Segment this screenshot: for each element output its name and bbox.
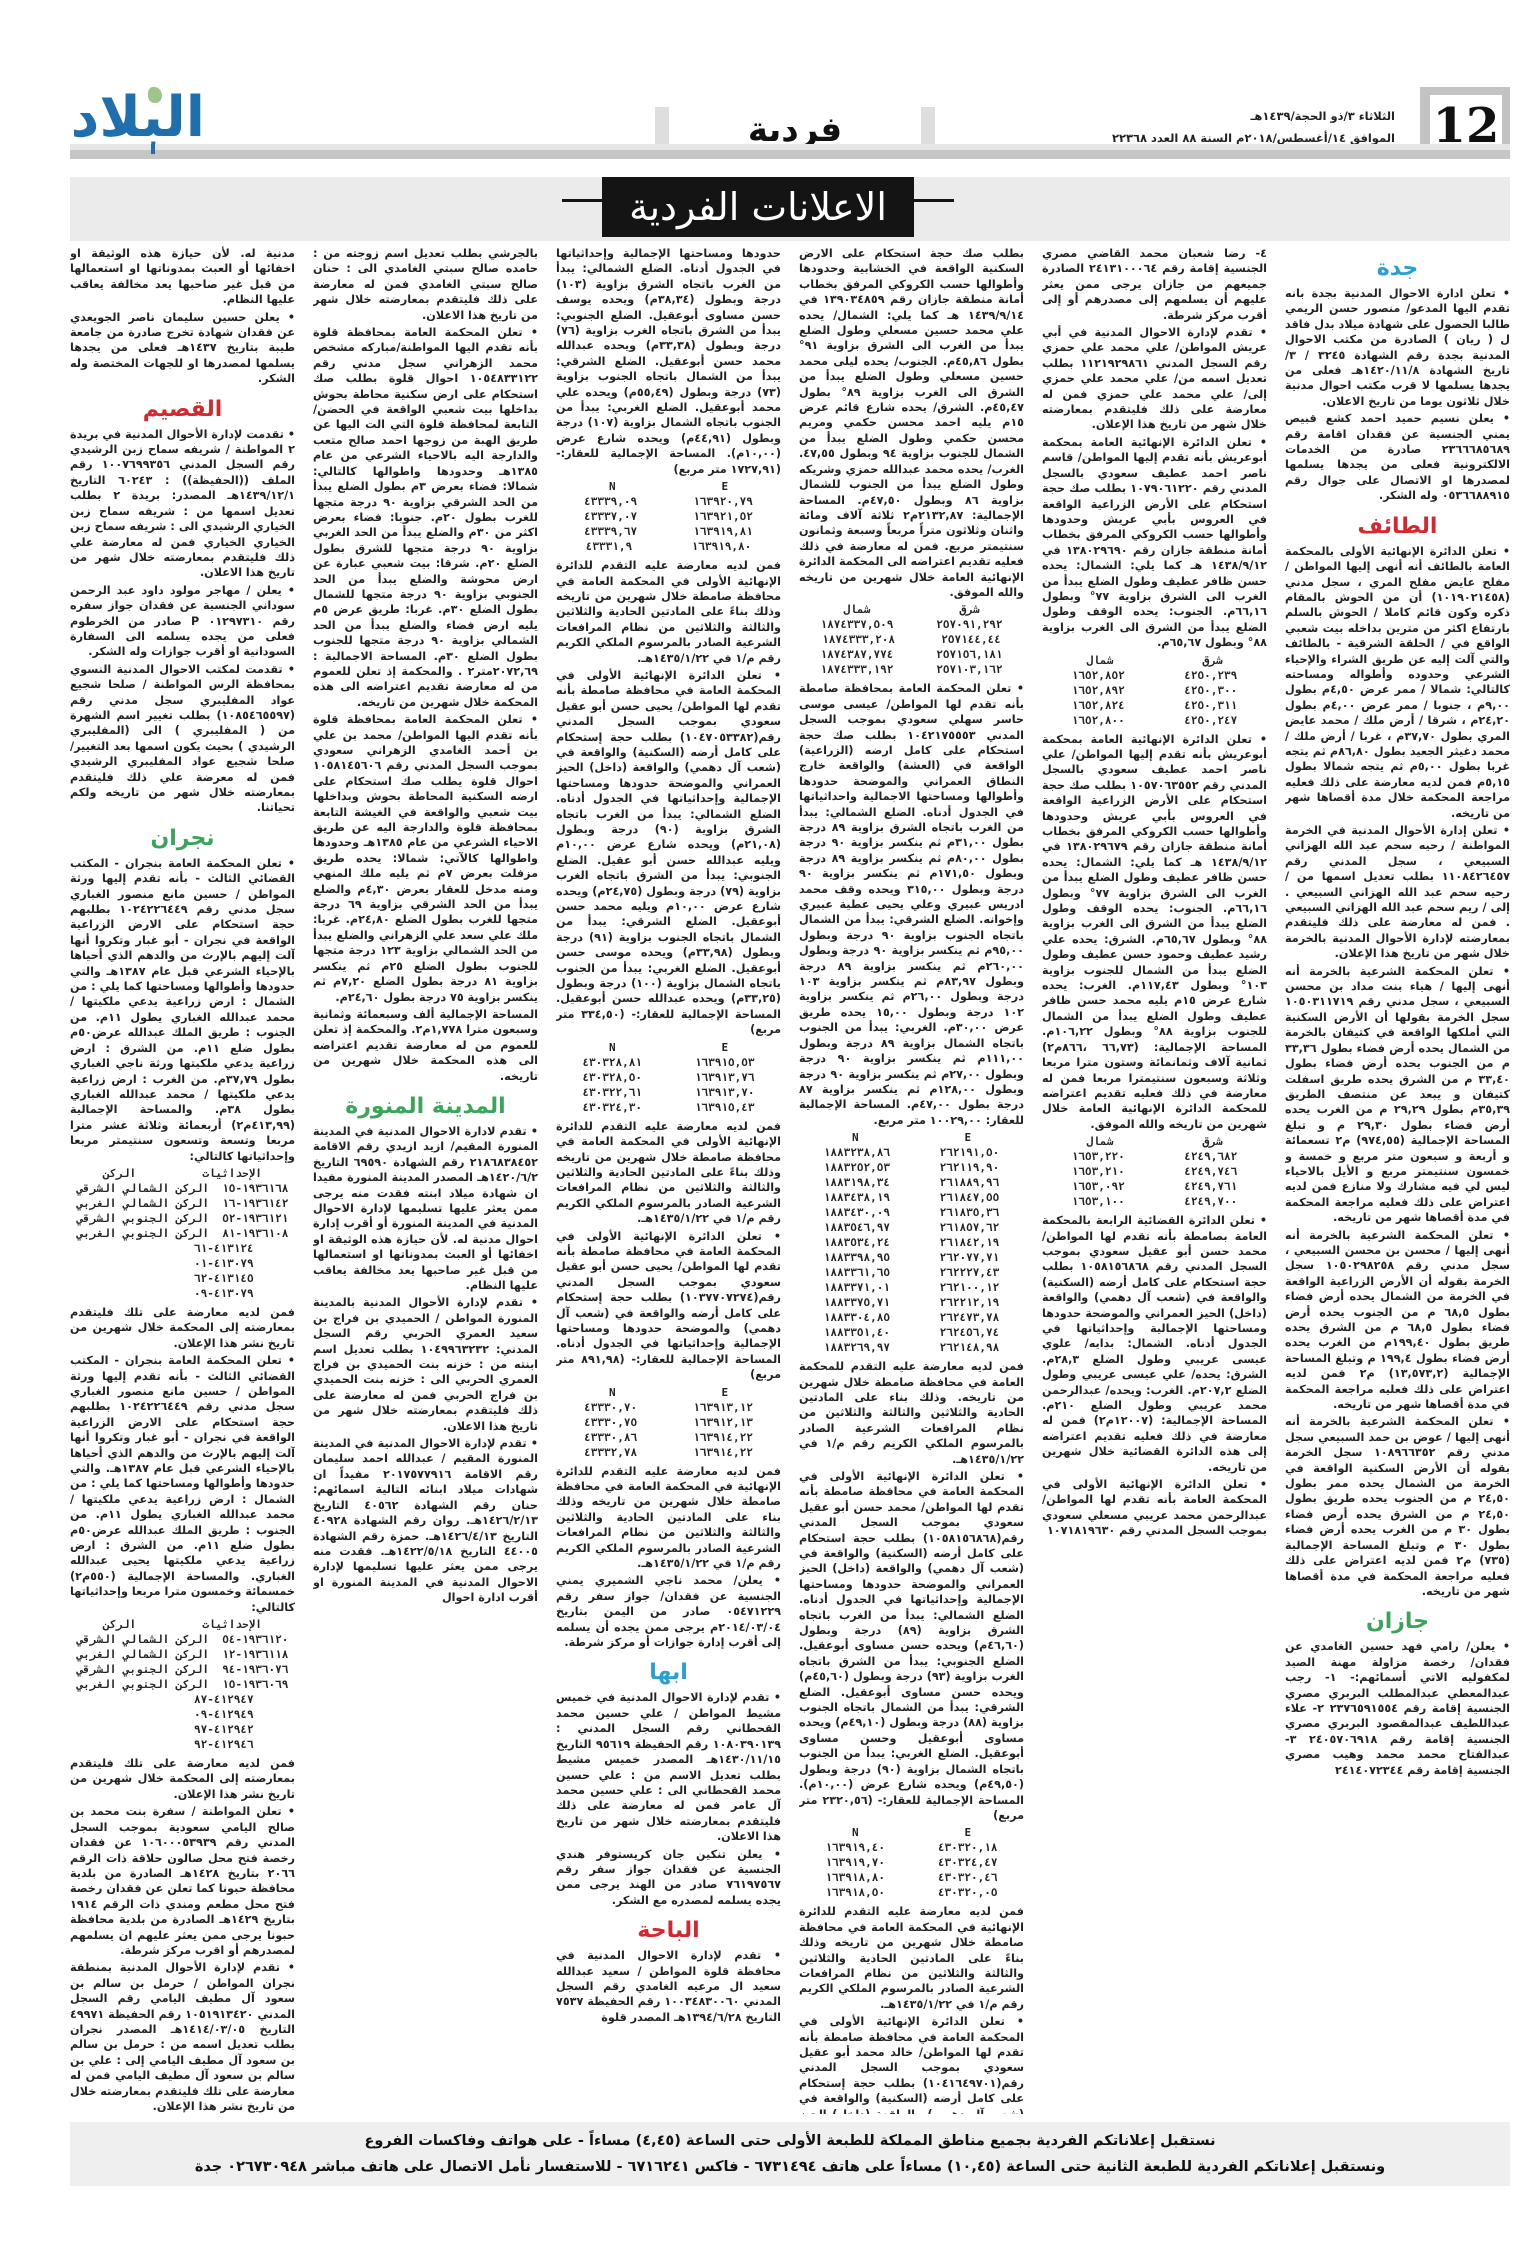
coordinates-row: ١٨٧٤٣٣٧,٥٠٩٢٥٧٠٩١,٢٩٢	[799, 617, 1024, 632]
region-heading: جدة	[1285, 254, 1510, 284]
classified-ad: • تعلن المحكمة العامة بنجران - المكتب ال…	[70, 856, 295, 1164]
ad-text: • تقدمت لمكتب الاحوال المدنية النسوي بمح…	[70, 662, 295, 816]
coordinates-header: شمالشرق	[799, 602, 1024, 617]
coordinates-row: ١٦٥٣,٢١٠٤٢٤٩,٧٤٦	[1042, 1164, 1267, 1179]
ad-text: • تعلن المحكمة العامة بمحافظة قلوة بأنه …	[313, 325, 538, 710]
ad-text: • تعلن الدائرة الإنهائية الأولى في المحك…	[1042, 1477, 1267, 1539]
coordinate-value: ١٦٣٩١٥,٤٣	[695, 1100, 755, 1115]
classified-ad: • يعلن / مهاجر مولود داود عبد الرحمن سود…	[70, 583, 295, 660]
ad-text: فمن لديه معارضة عليه التقدم للدائرة الإن…	[556, 1464, 781, 1572]
ad-text: • تعلن الدائرة القضائية الرابعة بالمحكمة…	[1042, 1213, 1267, 1475]
coordinates-table: الركنالإحداثياتالركن الشمالي الشرقي١٩٣٦١…	[70, 1166, 295, 1301]
coordinates-header-cell: شرق	[1202, 653, 1222, 668]
coordinates-header-cell: شمال	[844, 602, 871, 617]
ad-text: فمن لديه معارضة عليه التقدم للدائرة الإن…	[556, 1119, 781, 1227]
coordinate-value: ١٦٣٩١٥,٥٣	[695, 1055, 755, 1070]
coordinates-row: ١٨٨٣٤٣٨,١٩٢٦١٨٤٧,٥٥	[799, 1190, 1024, 1205]
coordinates-row: ٤٣٣٣٧,٠٧١٦٣٩٢١,٥٢	[556, 509, 781, 524]
coordinate-value: ٤١٣٠٧٩-٠٩	[194, 1286, 254, 1301]
coordinates-header: NE	[556, 479, 781, 494]
coordinate-value: ١٦٥٣,٢١٠	[1072, 1164, 1125, 1179]
classified-ad: • تعلن المواطنة / سفرة بنت محمد بن صالح …	[70, 1804, 295, 1958]
coordinates-header-cell: الركن	[103, 1166, 136, 1181]
classified-ad: • تعلن المحكمة العامة بنجران - المكتب ال…	[70, 1353, 295, 1615]
coordinate-value: ١٦٣٩١٩,٨٠	[692, 539, 752, 554]
coordinates-table: الركنالإحداثياتالركن الشمالي الشرقي١٩٣٦١…	[70, 1617, 295, 1752]
classified-ad: • يعلن/ رامي فهد حسين الغامدي عن فقدان/ …	[1285, 1639, 1510, 1778]
ad-column-2: ٤- رضا شعبان محمد القاضي مصري الجنسية إق…	[1042, 246, 1267, 2114]
coordinates-row: ٤٣٠٣٢٤,٣٠١٦٣٩١٥,٤٣	[556, 1100, 781, 1115]
coordinate-value: ١٩٣٦١١٨-١٢	[222, 1647, 288, 1662]
coordinate-value: الركن الجنوبي الشرقي	[77, 1211, 209, 1226]
footer-notice: نستقبل إعلاناتكم الفردية بجميع مناطق الم…	[70, 2122, 1510, 2186]
ad-text: حدودها ومساحتها الإجمالية وإحداثياتها في…	[556, 246, 781, 477]
classified-ad: • تقدمت لإدارة الأحوال المدنية في بريدة …	[70, 427, 295, 581]
ads-columns: جدة• تعلن ادارة الاحوال المدنية بجدة بان…	[70, 246, 1510, 2114]
coordinate-value: ١٩٣٦١٠٨-٨١	[222, 1226, 288, 1241]
coordinate-value: ١٦٥٢,٨٠٠	[1072, 713, 1125, 728]
coordinates-header-cell: N	[852, 1130, 859, 1145]
coordinate-value: ١٨٨٣٢٦٩,٩٧	[824, 1340, 890, 1355]
logo-text: البلاد	[71, 85, 205, 150]
ad-text: • تقدم لإدارة الأحوال المدنية بالمدينة ا…	[313, 1295, 538, 1434]
coordinates-row: ١٦٥٢,٨٩٢٤٢٥٠,٣٠٠	[1042, 683, 1267, 698]
ad-text: • تقدم لادارة الاحوال المدنية في المدينة…	[313, 1124, 538, 1293]
coordinate-value: ٤٣٣٣٠,٧٠	[584, 1400, 637, 1415]
ad-text: • تعلن المحكمة العامة بمحافظة صامطة بأنه…	[799, 681, 1024, 1128]
coordinate-value: ١٨٨٣٢٥٢,٥٣	[824, 1160, 890, 1175]
region-heading: المدينة المنورة	[313, 1092, 538, 1122]
ad-column-6: مدنية له. لأن حيازة هذه الوثيقة او اخفائ…	[70, 246, 295, 2114]
coordinate-value: ٤١٢٩٤٩-٠٩	[194, 1707, 254, 1722]
classified-ad: • تعلن الدائرة الإنهائية العامة بمحكمة أ…	[1042, 732, 1267, 1133]
classified-ad: • تقدم لإدارة الاحوال المدنية في محافظة …	[556, 1948, 781, 2025]
classified-ad: بطلب صك حجة استحكام على الارض السكنية ال…	[799, 246, 1024, 600]
classified-ad: • تقدم لإدارة الاحوال المدنية في خميس مش…	[556, 1690, 781, 1844]
classified-ad: فمن لديه معارضة على تلك فليتقدم بمعارضته…	[70, 1756, 295, 1802]
coordinate-value: ٢٦٢٢٢٧,٤٣	[940, 1265, 1000, 1280]
coordinates-row: الركن الجنوبي الغربي١٩٣٦٠٦٩-١٥	[70, 1677, 295, 1692]
coordinates-row: الركن الشمالي الغربي١٩٣٦١١٨-١٢	[70, 1647, 295, 1662]
coordinates-row: ٤٣٣٣٢,٧٨١٦٣٩١٤,٢٢	[556, 1445, 781, 1460]
coordinates-header-cell: شرق	[1202, 1134, 1222, 1149]
coordinates-header: الركنالإحداثيات	[70, 1166, 295, 1181]
coordinate-value: ٤٣٣٣٠,٧٥	[584, 1415, 637, 1430]
ad-text: المساحة الإجمالية ألف وسبعمائة وثمانية و…	[313, 1007, 538, 1084]
coordinates-header: NE	[556, 1040, 781, 1055]
region-heading: القصيم	[70, 395, 295, 425]
coordinate-value: ٢٦٢٤٥٦,٧٤	[940, 1325, 1000, 1340]
coordinates-row: ١٨٨٣٣٧٥,٧١٢٦٢٢١٢,١٩	[799, 1295, 1024, 1310]
classified-ad: مدنية له. لأن حيازة هذه الوثيقة او اخفائ…	[70, 246, 295, 308]
coordinates-row: ٤١٣٠٧٩-٠٩	[70, 1286, 295, 1301]
ad-text: • تعلن الدائرة الإنهائية الأولى بالمحكمة…	[1285, 544, 1510, 821]
coordinate-value: ١٦٣٩١٤,٢٢	[693, 1430, 753, 1445]
coordinate-value: ١٩٣٦٠٦٩-١٥	[222, 1677, 288, 1692]
issue-date: الثلاثاء ٣/ذو الحجة/١٤٣٩هـ الموافق ١٤/أغ…	[1095, 105, 1395, 149]
coordinates-row: ١٨٨٣٢٣٨,٨٦٢٦٢١٩١,٥٠	[799, 1145, 1024, 1160]
ad-text: • تعلن الدائرة الإنهائية العامة بمحكمة أ…	[1042, 435, 1267, 651]
coordinate-value: ١٨٨٣٣٠٤,٨٥	[824, 1310, 890, 1325]
coordinates-header-cell: N	[852, 1825, 859, 1840]
classified-ad: • تعلن الدائرة الإنهائية الأولى في المحك…	[799, 2014, 1024, 2114]
classified-ad: • تقدم لإدارة الاحوال المدنية في المدينة…	[313, 1436, 538, 1605]
coordinate-value: ٤٣٣٣٩,٠٩	[584, 494, 637, 509]
classified-ad: • تقدم لإدارة الأحوال المدنية بالمدينة ا…	[313, 1295, 538, 1434]
ad-text: • تعلن المحكمة الشرعية بالخرمة أنه أنهى …	[1285, 1228, 1510, 1413]
coordinate-value: ١٨٨٣٢٣٨,٨٦	[824, 1145, 890, 1160]
ad-text: • تعلن الدائرة الإنهائية الأولى في المحك…	[556, 1229, 781, 1383]
ad-text: • يعلن / مهاجر مولود داود عبد الرحمن سود…	[70, 583, 295, 660]
coordinates-row: ١٨٧٤٣٣٣,١٩٢٢٥٧١٠٣,١٦٢	[799, 662, 1024, 677]
coordinate-value: ١٨٧٤٣٣٣,٢٠٨	[822, 632, 895, 647]
coordinate-value: ١٨٨٣٤٣٠,٠٩	[824, 1205, 890, 1220]
saudi-map-icon	[148, 87, 162, 103]
region-heading: جازان	[1285, 1607, 1510, 1637]
coordinates-header: NE	[799, 1825, 1024, 1840]
ad-column-3: بطلب صك حجة استحكام على الارض السكنية ال…	[799, 246, 1024, 2114]
region-heading: ابها	[556, 1658, 781, 1688]
ad-column-4: حدودها ومساحتها الإجمالية وإحداثياتها في…	[556, 246, 781, 2114]
coordinates-row: ١٦٣٩١٨,٨٠٤٣٠٣٢٠,٤٦	[799, 1870, 1024, 1885]
classified-ad: • يعلن نسيم حميد احمد كشع قبيص يمني الجن…	[1285, 411, 1510, 503]
coordinate-value: ١٦٣٩٢١,٥٢	[693, 509, 753, 524]
classified-ad: ٤- رضا شعبان محمد القاضي مصري الجنسية إق…	[1042, 246, 1267, 323]
coordinates-row: ١٦٥٣,٠٩٢٤٢٤٩,٧٦١	[1042, 1179, 1267, 1194]
classified-ad: فمن لديه معارضة عليه التقدم للدائرة الإن…	[799, 1904, 1024, 2012]
coordinates-row: ٤١٣١٤٥-٦٢	[70, 1271, 295, 1286]
coordinates-table: شمالشرق١٦٥٣,٢٢٠٤٢٤٩,٦٨٢١٦٥٣,٢١٠٤٢٤٩,٧٤٦١…	[1042, 1134, 1267, 1209]
ad-text: • تعلن الدائرة الإنهائية الأولى في المحك…	[799, 2014, 1024, 2114]
coordinates-header-cell: E	[964, 1130, 971, 1145]
coordinates-row: ١٦٣٩١٨,٥٠٤٣٠٣٢٠,٠٥	[799, 1885, 1024, 1900]
classified-ad: • تعلن الدائرة القضائية الرابعة بالمحكمة…	[1042, 1213, 1267, 1475]
coordinate-value: ١٦٣٩١٩,٧٠	[825, 1855, 885, 1870]
coordinate-value: ٤٣٠٣٢٤,٣٠	[582, 1100, 642, 1115]
ad-column-5: بالجرشي بطلب تعديل اسم زوجته من : حامده …	[313, 246, 538, 2114]
classified-ad: • تقدم لإدارة الأحوال المدنية بمنطقة نجر…	[70, 1960, 295, 2114]
ad-text: • تعلن الدائرة الإنهائية الأولى في المحك…	[799, 1469, 1024, 1823]
coordinates-row: ٤٣٣٣٠,٧٥١٦٣٩١٢,١٣	[556, 1415, 781, 1430]
ad-text: • يعلن نسيم حميد احمد كشع قبيص يمني الجن…	[1285, 411, 1510, 503]
ad-text: • تقدم لإدارة الاحوال المدنية في المدينة…	[313, 1436, 538, 1605]
ad-text: فمن لديه معارضة عليه التقدم للدائرة الإن…	[556, 558, 781, 666]
coordinate-value: ١٨٧٤٣٨٧,٧٧٤	[820, 647, 893, 662]
coordinate-value: ١٦٣٩١٢,١٣	[693, 1415, 753, 1430]
coordinate-value: ١٦٣٩١٣,٧٠	[695, 1085, 755, 1100]
coordinates-row: الركن الشمالي الشرقي١٩٣٦١٦٨-١٥	[70, 1181, 295, 1196]
classified-ad: • تعلن إدارة الأحوال المدنية في الخرمة ا…	[1285, 823, 1510, 962]
coordinate-value: ١٦٣٩١٩,٤٠	[825, 1840, 885, 1855]
coordinate-value: ٤١٢٩٤٦-٩٢	[194, 1737, 254, 1752]
coordinate-value: الركن الشمالي الغربي	[77, 1196, 209, 1211]
ad-text: • تعلن الدائرة الإنهائية الأولى في المحك…	[556, 668, 781, 1038]
coordinate-value: ٤٣٠٣٢٨,٥٠	[582, 1070, 642, 1085]
coordinates-table: NE٤٣٣٣٠,٧٠١٦٣٩١٣,١٢٤٣٣٣٠,٧٥١٦٣٩١٢,١٣٤٣٣٣…	[556, 1385, 781, 1460]
coordinate-value: الركن الجنوبي الغربي	[77, 1677, 209, 1692]
coordinate-value: ٤١٢٩٤٢-٩٧	[194, 1722, 254, 1737]
ad-text: • تعلن المحكمة العامة بمحافظة قلوة بأنه …	[313, 712, 538, 1005]
classified-ad: • تعلن المحكمة العامة بمحافظة قلوة بأنه …	[313, 325, 538, 710]
coordinate-value: ١٨٨٣٤٣٨,١٩	[824, 1190, 890, 1205]
coordinates-header-cell: E	[964, 1825, 971, 1840]
coordinates-row: الركن الجنوبي الشرقي١٩٣٦١٢١-٥٢	[70, 1211, 295, 1226]
coordinate-value: ٤٣٣٣٠,٨٦	[584, 1430, 637, 1445]
coordinates-row: ٤١٣١٢٤-٦١	[70, 1241, 295, 1256]
coordinates-header: شمالشرق	[1042, 653, 1267, 668]
coordinate-value: الركن الجنوبي الشرقي	[77, 1662, 209, 1677]
coordinate-value: ٤١٣١٤٥-٦٢	[194, 1271, 254, 1286]
ad-text: فمن لديه معارضة على تلك فليتقدم بمعارضته…	[70, 1305, 295, 1351]
coordinates-row: ٤٣٠٣٢٨,٥٠١٦٣٩١٣,٧٦	[556, 1070, 781, 1085]
classified-ad: • تعلن المحكمة الشرعية بالخرمة أنه أنهى …	[1285, 1228, 1510, 1413]
coordinate-value: ٢٦١٨٤٢,١٩	[940, 1235, 1000, 1250]
ad-text: • تعلن المحكمة الشرعية بالخرمة أنه أنهى …	[1285, 1414, 1510, 1599]
coordinates-row: ١٦٥٣,٢٢٠٤٢٤٩,٦٨٢	[1042, 1149, 1267, 1164]
coordinate-value: ١٨٧٤٣٣٣,١٩٢	[820, 662, 893, 677]
coordinate-value: ١٨٨٣٥٣٤,٢٤	[824, 1235, 890, 1250]
coordinate-value: ٢٥٧١٥٦,١٨١	[936, 647, 1002, 662]
coordinate-value: الركن الشمالي الشرقي	[77, 1632, 209, 1647]
coordinate-value: ٤٣٠٣٢٢,٦١	[582, 1085, 642, 1100]
coordinates-header: الركنالإحداثيات	[70, 1617, 295, 1632]
coordinate-value: ١٨٨٣٣٦١,٦٥	[824, 1265, 890, 1280]
coordinate-value: ٤٣٠٣٢٠,٠٥	[938, 1885, 998, 1900]
coordinates-row: ١٦٥٣,١٠٠٤٢٤٩,٧٠٠	[1042, 1194, 1267, 1209]
coordinates-table: شمالشرق١٨٧٤٣٣٧,٥٠٩٢٥٧٠٩١,٢٩٢١٨٧٤٣٣٣,٢٠٨٢…	[799, 602, 1024, 677]
coordinates-row: ٤٣٣٣٩,٠٩١٦٣٩٢٠,٧٩	[556, 494, 781, 509]
coordinate-value: ١٨٨٣٣٧١,٠١	[824, 1280, 890, 1295]
coordinates-row: ١٦٣٩١٩,٤٠٤٣٠٣٢٠,١٨	[799, 1840, 1024, 1855]
coordinate-value: ٤٣٠٣٢٨,٨١	[582, 1055, 642, 1070]
coordinate-value: ٢٦٢١٤٨,٩٨	[940, 1340, 1000, 1355]
coordinate-value: ٤٣٠٣٢٤,٤٧	[938, 1855, 998, 1870]
classified-ad: • تعلن ادارة الاحوال المدنية بجدة بانه ت…	[1285, 286, 1510, 409]
coordinate-value: ١٦٣٩١٨,٥٠	[825, 1885, 885, 1900]
ad-text: • تقدمت لإدارة الأحوال المدنية في بريدة …	[70, 427, 295, 581]
ad-text: • تقدم لإدارة الأحوال المدنية بمنطقة نجر…	[70, 1960, 295, 2114]
coordinates-table: NE٤٣٣٣٩,٠٩١٦٣٩٢٠,٧٩٤٣٣٣٧,٠٧١٦٣٩٢١,٥٢٤٣٣٣…	[556, 479, 781, 554]
coordinate-value: ١٦٥٣,٢٢٠	[1072, 1149, 1125, 1164]
classified-ad: • تعلن الدائرة الإنهائية الأولى في المحك…	[799, 1469, 1024, 1823]
coordinate-value: ٤٢٥٠,٢٣٩	[1184, 668, 1237, 683]
coordinates-row: ١٦٥٢,٨٥٢٤٢٥٠,٢٣٩	[1042, 668, 1267, 683]
coordinates-row: ١٦٣٩١٩,٧٠٤٣٠٣٢٤,٤٧	[799, 1855, 1024, 1870]
coordinates-header-cell: E	[721, 1385, 728, 1400]
classified-ad: • تعلن الدائرة الإنهائية الأولى بالمحكمة…	[1285, 544, 1510, 821]
coordinate-value: ٤٢٥٠,٣١١	[1184, 698, 1237, 713]
coordinate-value: ٤٣٠٣٢٠,١٨	[938, 1840, 998, 1855]
coordinate-value: ١٨٨٣٥٤٦,٩٧	[824, 1220, 890, 1235]
region-heading: نجران	[70, 824, 295, 854]
coordinates-header-cell: الإحداثيات	[202, 1166, 262, 1181]
coordinates-table: NE٤٣٠٣٢٨,٨١١٦٣٩١٥,٥٣٤٣٠٣٢٨,٥٠١٦٣٩١٣,٧٦٤٣…	[556, 1040, 781, 1115]
classified-ad: فمن لديه معارضة عليه التقدم للدائرة الإن…	[556, 1119, 781, 1227]
coordinate-value: ١٩٣٦١٤٢-١٦	[222, 1196, 288, 1211]
coordinates-row: الركن الشمالي الشرقي١٩٣٦١٢٠-٥٤	[70, 1632, 295, 1647]
coordinates-row: ٤٣٣٣٠,٧٠١٦٣٩١٣,١٢	[556, 1400, 781, 1415]
classified-ad: • تقدم لإدارة الاحوال المدنية في أبي عري…	[1042, 325, 1267, 433]
coordinate-value: ١٦٥٢,٨٢٤	[1072, 698, 1125, 713]
coordinate-value: ٤٢٤٩,٦٨٢	[1184, 1149, 1237, 1164]
ad-text: • تعلن إدارة الأحوال المدنية في الخرمة ا…	[1285, 823, 1510, 962]
coordinate-value: ٢٥٧٠٩١,٢٩٢	[936, 617, 1002, 632]
coordinate-value: ١٦٣٩١٣,٧٦	[695, 1070, 755, 1085]
classified-ad: حدودها ومساحتها الإجمالية وإحداثياتها في…	[556, 246, 781, 477]
coordinates-table: شمالشرق١٦٥٢,٨٥٢٤٢٥٠,٢٣٩١٦٥٢,٨٩٢٤٢٥٠,٣٠٠١…	[1042, 653, 1267, 728]
ad-text: • يعلن تنكين جان كريستوفر هندي الجنسية ع…	[556, 1847, 781, 1909]
coordinate-value: ٤١٢٩٤٧-٨٧	[194, 1692, 254, 1707]
coordinates-row: ٤٣٠٣٢٨,٨١١٦٣٩١٥,٥٣	[556, 1055, 781, 1070]
ad-text: • يعلن حسين سليمان ناصر الجويعدي عن فقدا…	[70, 310, 295, 387]
coordinates-row: ٤١٣٠٧٩-٠١	[70, 1256, 295, 1271]
coordinate-value: ٢٥٧١٠٣,١٦٢	[936, 662, 1002, 677]
coordinate-value: ٤٣٣٣٢,٧٨	[584, 1445, 637, 1460]
coordinates-row: ١٨٨٣٣٩٨,٩٥٢٦٢٠٧٧,٧١	[799, 1250, 1024, 1265]
ad-text: • تعلن الدائرة الإنهائية العامة بمحكمة أ…	[1042, 732, 1267, 1133]
ad-text: بالجرشي بطلب تعديل اسم زوجته من : حامده …	[313, 246, 538, 323]
coordinates-header-cell: شمال	[1087, 653, 1114, 668]
banner-title: الاعلانات الفردية	[602, 177, 914, 237]
coordinate-value: ١٦٣٩١٨,٨٠	[825, 1870, 885, 1885]
coordinates-row: ٤١٢٩٤٧-٨٧	[70, 1692, 295, 1707]
coordinates-header: NE	[556, 1385, 781, 1400]
coordinates-header-cell: شمال	[1087, 1134, 1114, 1149]
classified-ad: فمن لديه معارضة عليه التقدم للدائرة الإن…	[556, 558, 781, 666]
classified-ad: فمن لديه معارضة عليه التقدم للدائرة الإن…	[556, 1464, 781, 1572]
ad-text: • تعلن المحكمة العامة بنجران - المكتب ال…	[70, 1353, 295, 1615]
coordinates-row: ١٨٨٣٢٥٢,٥٣٢٦٢١١٩,٩٠	[799, 1160, 1024, 1175]
coordinates-header-cell: شرق	[959, 602, 979, 617]
coordinate-value: ١٦٣٩١٣,١٢	[693, 1400, 753, 1415]
classified-ad: • تعلن المحكمة الشرعية بالخرمة أنه أنهى …	[1285, 1414, 1510, 1599]
ad-text: بطلب صك حجة استحكام على الارض السكنية ال…	[799, 246, 1024, 600]
coordinates-row: ٤٣٣٣١,٩١٦٣٩١٩,٨٠	[556, 539, 781, 554]
coordinate-value: ٢٦٢٠٧٧,٧١	[940, 1250, 1000, 1265]
coordinates-row: ١٨٨٣٣٧١,٠١٢٦٢١٠٠,١٢	[799, 1280, 1024, 1295]
ad-text: • يعلن/ محمد ناجي الشميري يمني الجنسية ع…	[556, 1573, 781, 1650]
coordinates-row: ٤٣٠٣٢٢,٦١١٦٣٩١٣,٧٠	[556, 1085, 781, 1100]
coordinates-header-cell: الإحداثيات	[202, 1617, 262, 1632]
classified-ad: • تعلن الدائرة الإنهائية الأولى في المحك…	[556, 1229, 781, 1383]
coordinates-row: ١٦٥٢,٨٢٤٤٢٥٠,٣١١	[1042, 698, 1267, 713]
coordinates-row: ١٨٨٣٣٥١,٤٠٢٦٢٤٥٦,٧٤	[799, 1325, 1024, 1340]
coordinate-value: ١٦٣٩١٩,٨١	[693, 524, 753, 539]
coordinates-row: ١٨٨٣٢٦٩,٩٧٢٦٢١٤٨,٩٨	[799, 1340, 1024, 1355]
coordinate-value: ٤٢٥٠,٣٠٠	[1184, 683, 1237, 698]
coordinate-value: ١٩٣٦١٢٠-٥٤	[222, 1632, 288, 1647]
coordinates-row: الركن الجنوبي الغربي١٩٣٦١٠٨-٨١	[70, 1226, 295, 1241]
coordinates-row: ٤٣٣٣٩,٦٧١٦٣٩١٩,٨١	[556, 524, 781, 539]
classified-ad: فمن لديه معارضة على تلك فليتقدم بمعارضته…	[70, 1305, 295, 1351]
coordinates-row: ١٨٨٣١٩٨,٣٤٢٦١٨٨٩,٩٦	[799, 1175, 1024, 1190]
coordinates-header: NE	[799, 1130, 1024, 1145]
classified-ad: • تقدمت لمكتب الاحوال المدنية النسوي بمح…	[70, 662, 295, 816]
coordinates-header-cell: الركن	[103, 1617, 136, 1632]
coordinate-value: ١٦٣٩١٤,٢٢	[693, 1445, 753, 1460]
coordinate-value: ٢٦١٨٨٩,٩٦	[940, 1175, 1000, 1190]
coordinates-row: ٤١٢٩٤٢-٩٧	[70, 1722, 295, 1737]
ad-text: • تعلن المواطنة / سفرة بنت محمد بن صالح …	[70, 1804, 295, 1958]
coordinates-row: ١٨٨٣٣٠٤,٨٥٢٦٢٤٧٣,٧٨	[799, 1310, 1024, 1325]
coordinate-value: ٤٢٥٠,٢٤٧	[1184, 713, 1237, 728]
ad-column-1: جدة• تعلن ادارة الاحوال المدنية بجدة بان…	[1285, 246, 1510, 2114]
logo-dot	[151, 144, 155, 154]
ad-text: • تعلن المحكمة العامة بنجران - المكتب ال…	[70, 856, 295, 1164]
classified-ad: • تعلن الدائرة الإنهائية العامة بمحكمة أ…	[1042, 435, 1267, 651]
coordinates-row: ٤١٢٩٤٦-٩٢	[70, 1737, 295, 1752]
ad-text: فمن لديه معارضة عليه التقدم للمحكمة العا…	[799, 1359, 1024, 1467]
coordinate-value: ٤١٣٠٧٩-٠١	[194, 1256, 254, 1271]
classified-ad: • تعلن الدائرة الإنهائية الأولى في المحك…	[556, 668, 781, 1038]
coordinate-value: ١٨٨٣٣٧٥,٧١	[824, 1295, 890, 1310]
classified-ad: • تعلن المحكمة العامة بمحافظة قلوة بأنه …	[313, 712, 538, 1005]
coordinate-value: ٢٦٢١٠٠,١٢	[940, 1280, 1000, 1295]
coordinate-value: ٢٦٢١٩١,٥٠	[940, 1145, 1000, 1160]
coordinate-value: ٤٢٤٩,٧٤٦	[1184, 1164, 1237, 1179]
classified-ad: • تقدم لادارة الاحوال المدنية في المدينة…	[313, 1124, 538, 1293]
coordinate-value: ١٦٥٣,٠٩٢	[1072, 1179, 1125, 1194]
coordinate-value: ٢٦١٨٣٥,٣٦	[940, 1205, 1000, 1220]
ad-text: • تقدم لإدارة الاحوال المدنية في خميس مش…	[556, 1690, 781, 1844]
coordinates-header-cell: N	[609, 479, 616, 494]
coordinates-row: ١٨٨٣٣٦١,٦٥٢٦٢٢٢٧,٤٣	[799, 1265, 1024, 1280]
coordinates-header-cell: N	[609, 1385, 616, 1400]
coordinate-value: الركن الجنوبي الغربي	[77, 1226, 209, 1241]
ad-text: • تعلن المحكمة الشرعية بالخرمة أنه أنهى …	[1285, 964, 1510, 1226]
coordinate-value: ١٦٥٢,٨٩٢	[1072, 683, 1125, 698]
coordinates-row: ١٦٥٢,٨٠٠٤٢٥٠,٢٤٧	[1042, 713, 1267, 728]
footer-line-2: ونستقبل إعلاناتكم الفردية للطبعة الثانية…	[70, 2154, 1510, 2180]
hijri-date: الثلاثاء ٣/ذو الحجة/١٤٣٩هـ	[1095, 105, 1395, 127]
coordinate-value: ٢٥٧١٤٤,٤٤	[941, 632, 1001, 647]
coordinate-value: ١٨٨٣٣٥١,٤٠	[824, 1325, 890, 1340]
coordinate-value: ٤١٣١٢٤-٦١	[194, 1241, 254, 1256]
coordinates-table: NE١٦٣٩١٩,٤٠٤٣٠٣٢٠,١٨١٦٣٩١٩,٧٠٤٣٠٣٢٤,٤٧١٦…	[799, 1825, 1024, 1900]
coordinates-header-cell: E	[721, 1040, 728, 1055]
coordinate-value: ٢٦٢٢١٢,١٩	[940, 1295, 1000, 1310]
ad-text: • يعلن/ رامي فهد حسين الغامدي عن فقدان/ …	[1285, 1639, 1510, 1778]
coordinate-value: ١٨٨٣١٩٨,٣٤	[824, 1175, 890, 1190]
ad-text: فمن لديه معارضة عليه التقدم للدائرة الإن…	[799, 1904, 1024, 2012]
coordinates-header: شمالشرق	[1042, 1134, 1267, 1149]
coordinates-row: الركن الشمالي الغربي١٩٣٦١٤٢-١٦	[70, 1196, 295, 1211]
coordinate-value: ١٦٣٩٢٠,٧٩	[693, 494, 753, 509]
coordinate-value: ١٩٣٦١٦٨-١٥	[222, 1181, 288, 1196]
coordinate-value: ١٨٨٣٣٩٨,٩٥	[824, 1250, 890, 1265]
coordinates-row: ٤٣٣٣٠,٨٦١٦٣٩١٤,٢٢	[556, 1430, 781, 1445]
coordinate-value: ١٩٣٦٠٧٦-٩٤	[222, 1662, 288, 1677]
coordinate-value: الركن الشمالي الشرقي	[77, 1181, 209, 1196]
coordinate-value: ٢٦٢٤٧٣,٧٨	[940, 1310, 1000, 1325]
coordinate-value: ٤٣٣٣٩,٦٧	[584, 524, 637, 539]
classified-ad: • يعلن حسين سليمان ناصر الجويعدي عن فقدا…	[70, 310, 295, 387]
coordinates-row: ١٨٨٣٤٣٠,٠٩٢٦١٨٣٥,٣٦	[799, 1205, 1024, 1220]
coordinate-value: ١٦٥٢,٨٥٢	[1072, 668, 1125, 683]
classified-ad: فمن لديه معارضة عليه التقدم للمحكمة العا…	[799, 1359, 1024, 1467]
coordinates-row: ١٨٧٤٣٣٣,٢٠٨٢٥٧١٤٤,٤٤	[799, 632, 1024, 647]
classified-ad: • يعلن/ محمد ناجي الشميري يمني الجنسية ع…	[556, 1573, 781, 1650]
classified-ad: • تعلن الدائرة الإنهائية الأولى في المحك…	[1042, 1477, 1267, 1539]
classified-ad: • تعلن المحكمة الشرعية بالخرمة أنه أنهى …	[1285, 964, 1510, 1226]
coordinate-value: ٤٣٠٣٢٠,٤٦	[938, 1870, 998, 1885]
coordinates-header-cell: N	[609, 1040, 616, 1055]
coordinates-table: NE١٨٨٣٢٣٨,٨٦٢٦٢١٩١,٥٠١٨٨٣٢٥٢,٥٣٢٦٢١١٩,٩٠…	[799, 1130, 1024, 1355]
ad-text: • تقدم لإدارة الاحوال المدنية في أبي عري…	[1042, 325, 1267, 433]
coordinate-value: ١٦٥٣,١٠٠	[1072, 1194, 1125, 1209]
coordinate-value: ١٨٧٤٣٣٧,٥٠٩	[820, 617, 893, 632]
region-heading: الباحة	[556, 1916, 781, 1946]
